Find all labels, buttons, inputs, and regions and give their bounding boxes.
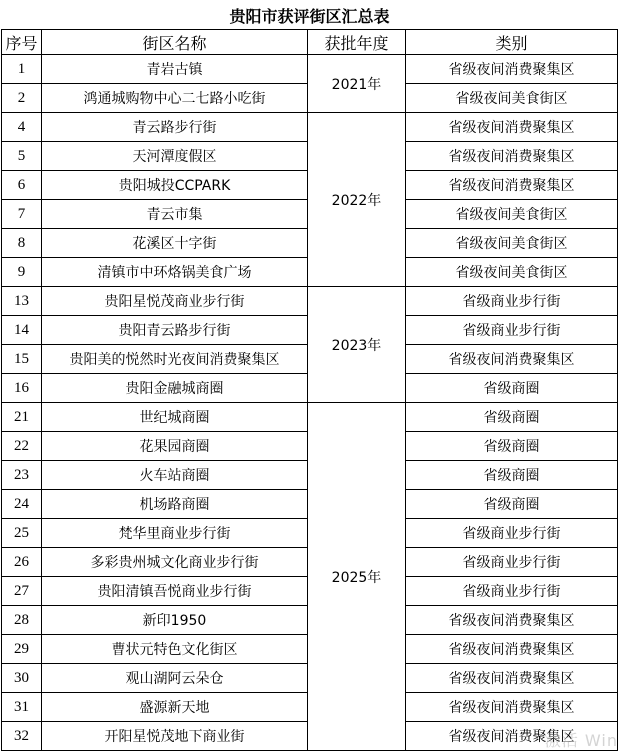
cell-index: 23 xyxy=(2,461,42,490)
cell-category: 省级商业步行街 xyxy=(406,316,618,345)
cell-category: 省级夜间消费聚集区 xyxy=(406,345,618,374)
cell-category: 省级商圈 xyxy=(406,374,618,403)
cell-index: 2 xyxy=(2,84,42,113)
cell-name: 鸿通城购物中心二七路小吃街 xyxy=(42,84,308,113)
cell-index: 31 xyxy=(2,693,42,722)
header-row: 序号 街区名称 获批年度 类别 xyxy=(2,30,618,55)
header-name: 街区名称 xyxy=(42,30,308,55)
cell-index: 30 xyxy=(2,664,42,693)
cell-index: 26 xyxy=(2,548,42,577)
cell-name: 新印1950 xyxy=(42,606,308,635)
table-row: 4青云路步行街2022年省级夜间消费聚集区 xyxy=(2,113,618,142)
cell-name: 梵华里商业步行街 xyxy=(42,519,308,548)
cell-category: 省级夜间美食街区 xyxy=(406,200,618,229)
cell-name: 开阳星悦茂地下商业街 xyxy=(42,722,308,751)
cell-index: 22 xyxy=(2,432,42,461)
cell-category: 省级夜间美食街区 xyxy=(406,229,618,258)
cell-name: 贵阳青云路步行街 xyxy=(42,316,308,345)
header-index: 序号 xyxy=(2,30,42,55)
cell-name: 贵阳金融城商圈 xyxy=(42,374,308,403)
header-year: 获批年度 xyxy=(308,30,406,55)
cell-year: 2023年 xyxy=(308,287,406,403)
cell-category: 省级商圈 xyxy=(406,403,618,432)
cell-category: 省级夜间消费聚集区 xyxy=(406,55,618,84)
cell-index: 7 xyxy=(2,200,42,229)
cell-category: 省级商业步行街 xyxy=(406,577,618,606)
cell-category: 省级商圈 xyxy=(406,432,618,461)
cell-name: 贵阳星悦茂商业步行街 xyxy=(42,287,308,316)
cell-name: 贵阳城投CCPARK xyxy=(42,171,308,200)
cell-index: 6 xyxy=(2,171,42,200)
cell-name: 贵阳美的悦然时光夜间消费聚集区 xyxy=(42,345,308,374)
cell-category: 省级商圈 xyxy=(406,461,618,490)
cell-name: 花溪区十字街 xyxy=(42,229,308,258)
cell-category: 省级商业步行街 xyxy=(406,548,618,577)
cell-index: 21 xyxy=(2,403,42,432)
summary-table: 贵阳市获评街区汇总表 序号 街区名称 获批年度 类别 1青岩古镇2021年省级夜… xyxy=(1,1,618,751)
table-title: 贵阳市获评街区汇总表 xyxy=(2,1,618,30)
cell-category: 省级夜间消费聚集区 xyxy=(406,171,618,200)
cell-name: 天河潭度假区 xyxy=(42,142,308,171)
cell-index: 5 xyxy=(2,142,42,171)
cell-name: 清镇市中环烙锅美食广场 xyxy=(42,258,308,287)
cell-name: 曹状元特色文化街区 xyxy=(42,635,308,664)
table-row: 13贵阳星悦茂商业步行街2023年省级商业步行街 xyxy=(2,287,618,316)
cell-category: 省级夜间消费聚集区 xyxy=(406,635,618,664)
cell-name: 多彩贵州城文化商业步行街 xyxy=(42,548,308,577)
header-category: 类别 xyxy=(406,30,618,55)
table-row: 21世纪城商圈2025年省级商圈 xyxy=(2,403,618,432)
cell-index: 14 xyxy=(2,316,42,345)
cell-index: 15 xyxy=(2,345,42,374)
cell-category: 省级商圈 xyxy=(406,490,618,519)
cell-year: 2021年 xyxy=(308,55,406,113)
cell-name: 青岩古镇 xyxy=(42,55,308,84)
cell-name: 世纪城商圈 xyxy=(42,403,308,432)
cell-index: 28 xyxy=(2,606,42,635)
cell-year: 2022年 xyxy=(308,113,406,287)
cell-name: 贵阳清镇吾悦商业步行街 xyxy=(42,577,308,606)
cell-index: 29 xyxy=(2,635,42,664)
cell-index: 24 xyxy=(2,490,42,519)
title-row: 贵阳市获评街区汇总表 xyxy=(2,1,618,30)
cell-category: 省级商业步行街 xyxy=(406,519,618,548)
cell-name: 盛源新天地 xyxy=(42,693,308,722)
cell-index: 16 xyxy=(2,374,42,403)
cell-name: 青云路步行街 xyxy=(42,113,308,142)
cell-index: 27 xyxy=(2,577,42,606)
cell-category: 省级商业步行街 xyxy=(406,287,618,316)
cell-name: 观山湖阿云朵仓 xyxy=(42,664,308,693)
cell-category: 省级夜间美食街区 xyxy=(406,84,618,113)
cell-name: 机场路商圈 xyxy=(42,490,308,519)
cell-name: 火车站商圈 xyxy=(42,461,308,490)
cell-index: 32 xyxy=(2,722,42,751)
cell-category: 省级夜间消费聚集区 xyxy=(406,606,618,635)
cell-category: 省级夜间消费聚集区 xyxy=(406,142,618,171)
table-row: 1青岩古镇2021年省级夜间消费聚集区 xyxy=(2,55,618,84)
cell-index: 13 xyxy=(2,287,42,316)
cell-index: 8 xyxy=(2,229,42,258)
cell-index: 9 xyxy=(2,258,42,287)
cell-index: 1 xyxy=(2,55,42,84)
cell-index: 4 xyxy=(2,113,42,142)
cell-name: 青云市集 xyxy=(42,200,308,229)
cell-index: 25 xyxy=(2,519,42,548)
cell-category: 省级夜间美食街区 xyxy=(406,258,618,287)
cell-category: 省级夜间消费聚集区 xyxy=(406,693,618,722)
cell-name: 花果园商圈 xyxy=(42,432,308,461)
cell-year: 2025年 xyxy=(308,403,406,751)
cell-category: 省级夜间消费聚集区 xyxy=(406,113,618,142)
cell-category: 省级夜间消费聚集区 xyxy=(406,722,618,751)
cell-category: 省级夜间消费聚集区 xyxy=(406,664,618,693)
